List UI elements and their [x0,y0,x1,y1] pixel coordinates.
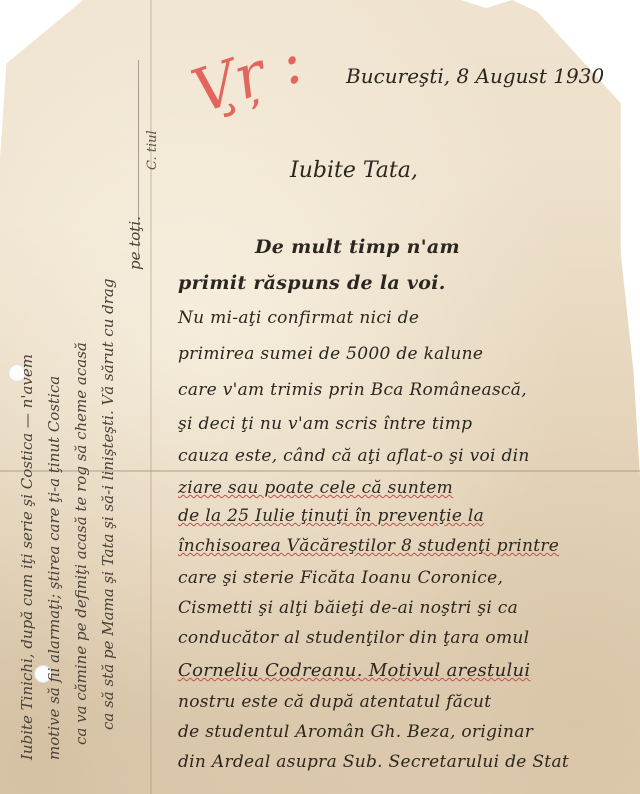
body-line: care v'am trimis prin Bca Românească, [178,380,527,400]
body-line: Cismetti şi alţi băieţi de-ai noştri şi … [178,598,518,618]
body-line: de studentul Aromân Gh. Beza, originar [178,722,533,742]
body-line: Corneliu Codreanu. Motivul arestului [178,660,531,681]
body-line: De mult timp n'am [255,236,460,258]
letter-salutation: Iubite Tata, [290,158,418,183]
fold-crease-horizontal [0,470,640,472]
side-note-column: pe toţi. [126,216,144,270]
fold-crease-vertical [150,0,152,794]
body-line: primirea sumei de 5000 de kalune [178,344,483,364]
body-line: cauza este, când că aţi aflat-o şi voi d… [178,446,530,466]
side-note-column: ca va cămine pe definiţi acasă te rog să… [72,342,90,745]
letter-date: Bucureşti, 8 August 1930 [346,64,604,88]
side-note-column: ca să stă pe Mama şi Tata şi să-i linişt… [99,279,117,730]
body-line: primit răspuns de la voi. [178,272,446,294]
side-note-column: Iubite Tinichi, după cum iţi serie şi Co… [18,354,36,760]
body-line: conducător al studenţilor din ţara omul [178,628,529,648]
body-line: nostru este că după atentatul făcut [178,692,491,712]
body-line: de la 25 Iulie ţinuţi în prevenţie la [178,506,484,526]
body-line: şi deci ţi nu v'am scris între timp [178,414,472,434]
body-line: închisoarea Văcăreştilor 8 studenţi prin… [178,536,559,556]
margin-note: C. tiul [145,130,160,170]
side-note-column: motive să fii alarmaţi; ştirea care ţi-a… [45,376,63,760]
body-line: care şi sterie Ficăta Ioanu Coronice, [178,568,503,588]
body-line: ziare sau poate cele că suntem [178,478,453,498]
body-line: din Ardeal asupra Sub. Secretarului de S… [178,752,569,772]
body-line: Nu mi-aţi confirmat nici de [178,308,419,328]
